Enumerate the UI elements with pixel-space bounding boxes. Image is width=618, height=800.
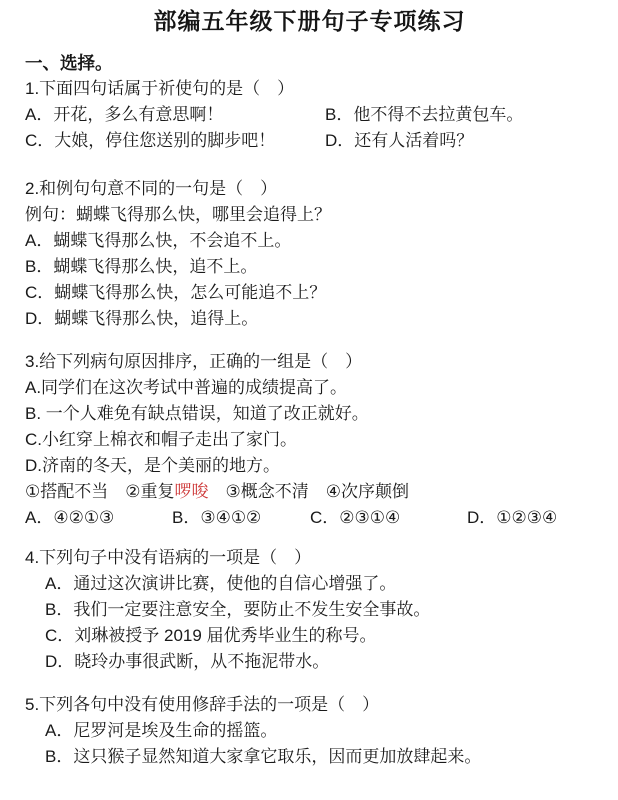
question-5: 5.下列各句中没有使用修辞手法的一项是（ ） A．尼罗河是埃及生命的摇篮。 B．… bbox=[25, 692, 594, 770]
sentence-b: B. 一个人难免有缺点错误，知道了改正就好。 bbox=[25, 401, 594, 427]
question-4-stem: 4.下列句子中没有语病的一项是（ ） bbox=[25, 545, 594, 571]
question-1-stem: 1.下面四句话属于祈使句的是（ ） bbox=[25, 76, 594, 102]
question-3-stem: 3.给下列病句原因排序，正确的一组是（ ） bbox=[25, 349, 594, 375]
option-a: A．通过这次演讲比赛，使他的自信心增强了。 bbox=[25, 571, 594, 597]
question-1-options-row-2: C．大娘，停住您送别的脚步吧！D．还有人活着吗？ bbox=[25, 128, 594, 154]
answer-a: A．④②①③ bbox=[25, 505, 172, 531]
option-b: B．他不得不去拉黄包车。 bbox=[325, 105, 523, 124]
option-c: C．刘琳被授予 2019 届优秀毕业生的称号。 bbox=[25, 623, 594, 649]
question-1-options-row-1: A．开花，多么有意思啊！B．他不得不去拉黄包车。 bbox=[25, 102, 594, 128]
option-d: D．晓玲办事很武断，从不拖泥带水。 bbox=[25, 649, 594, 675]
answer-c: C．②③①④ bbox=[310, 505, 467, 531]
question-5-stem: 5.下列各句中没有使用修辞手法的一项是（ ） bbox=[25, 692, 594, 718]
option-d: D．蝴蝶飞得那么快，追得上。 bbox=[25, 306, 594, 332]
causes-prefix: ①搭配不当 ②重复 bbox=[25, 482, 174, 501]
worksheet-page: 部编五年级下册句子专项练习 一、选择。 1.下面四句话属于祈使句的是（ ） A．… bbox=[0, 0, 618, 800]
error-causes-line: ①搭配不当 ②重复啰唆 ③概念不清 ④次序颠倒 bbox=[25, 479, 594, 505]
question-4: 4.下列句子中没有语病的一项是（ ） A．通过这次演讲比赛，使他的自信心增强了。… bbox=[25, 545, 594, 675]
sentence-a: A.同学们在这次考试中普遍的成绩提高了。 bbox=[25, 375, 594, 401]
question-2: 2.和例句句意不同的一句是（ ） 例句：蝴蝶飞得那么快，哪里会追得上？ A．蝴蝶… bbox=[25, 176, 594, 332]
section-heading: 一、选择。 bbox=[25, 50, 594, 76]
option-c: C．蝴蝶飞得那么快，怎么可能追不上？ bbox=[25, 280, 594, 306]
causes-suffix: ③概念不清 ④次序颠倒 bbox=[208, 482, 408, 501]
option-b: B．蝴蝶飞得那么快，追不上。 bbox=[25, 254, 594, 280]
doc-title: 部编五年级下册句子专项练习 bbox=[25, 6, 594, 36]
option-d: D．还有人活着吗？ bbox=[325, 131, 473, 150]
answer-b: B．③④①② bbox=[172, 505, 310, 531]
causes-red-highlight: 啰唆 bbox=[174, 482, 208, 501]
option-a: A．蝴蝶飞得那么快，不会追不上。 bbox=[25, 228, 594, 254]
option-a: A．开花，多么有意思啊！ bbox=[25, 102, 325, 128]
question-2-example: 例句：蝴蝶飞得那么快，哪里会追得上？ bbox=[25, 202, 594, 228]
sentence-d: D.济南的冬天，是个美丽的地方。 bbox=[25, 453, 594, 479]
question-2-stem: 2.和例句句意不同的一句是（ ） bbox=[25, 176, 594, 202]
option-c: C．大娘，停住您送别的脚步吧！ bbox=[25, 128, 325, 154]
question-1: 1.下面四句话属于祈使句的是（ ） A．开花，多么有意思啊！B．他不得不去拉黄包… bbox=[25, 76, 594, 154]
question-3: 3.给下列病句原因排序，正确的一组是（ ） A.同学们在这次考试中普遍的成绩提高… bbox=[25, 349, 594, 531]
answer-d: D．①②③④ bbox=[467, 505, 557, 531]
option-a: A．尼罗河是埃及生命的摇篮。 bbox=[25, 718, 594, 744]
option-b: B．我们一定要注意安全，要防止不发生安全事故。 bbox=[25, 597, 594, 623]
sentence-c: C.小红穿上棉衣和帽子走出了家门。 bbox=[25, 427, 594, 453]
question-3-answer-choices: A．④②①③B．③④①②C．②③①④D．①②③④ bbox=[25, 505, 594, 531]
option-b: B．这只猴子显然知道大家拿它取乐，因而更加放肆起来。 bbox=[25, 744, 594, 770]
